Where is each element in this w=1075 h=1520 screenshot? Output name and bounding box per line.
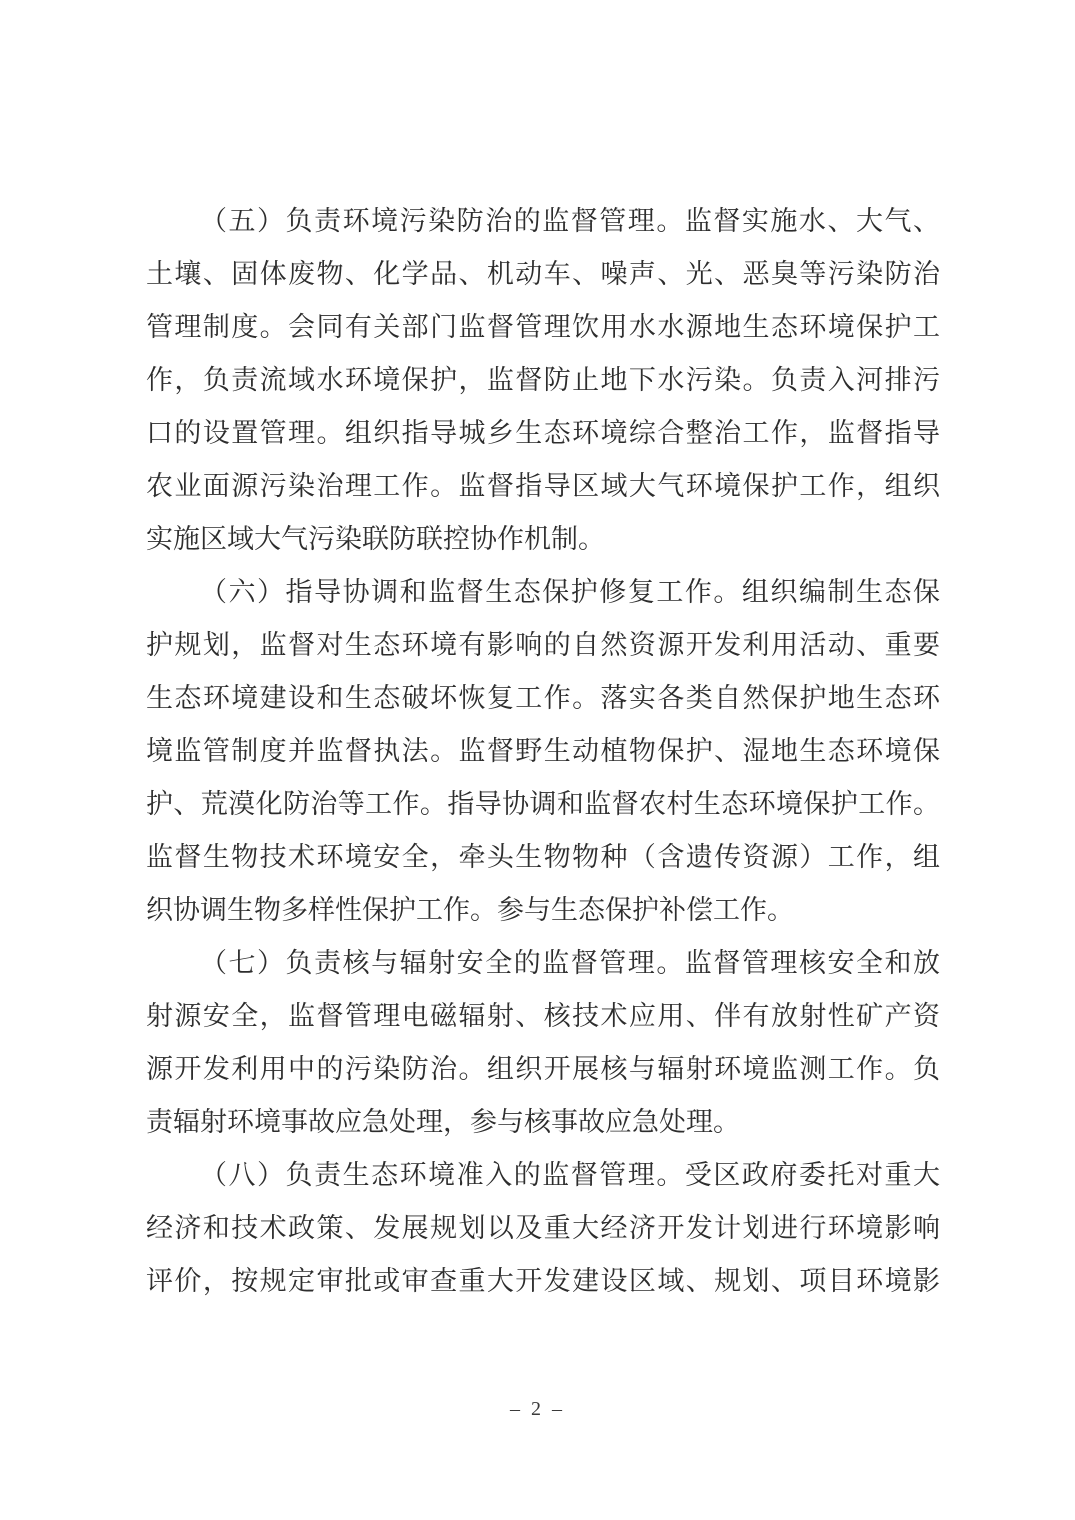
text-line-item-8-1: （八）负责生态环境准入的监督管理。受区政府委托对重大 bbox=[146, 1149, 940, 1202]
text-line-item-8-2: 经济和技术政策、发展规划以及重大经济开发计划进行环境影响 bbox=[146, 1202, 940, 1255]
document-body: （五）负责环境污染防治的监督管理。监督实施水、大气、土壤、固体废物、化学品、机动… bbox=[146, 195, 940, 1308]
text-line-item-6-3: 生态环境建设和生态破坏恢复工作。落实各类自然保护地生态环 bbox=[146, 672, 940, 725]
text-line-item-7-4: 责辐射环境事故应急处理，参与核事故应急处理。 bbox=[146, 1096, 940, 1149]
text-line-item-7-2: 射源安全，监督管理电磁辐射、核技术应用、伴有放射性矿产资 bbox=[146, 990, 940, 1043]
text-line-item-5-3: 管理制度。会同有关部门监督管理饮用水水源地生态环境保护工 bbox=[146, 301, 940, 354]
text-line-item-6-7: 织协调生物多样性保护工作。参与生态保护补偿工作。 bbox=[146, 884, 940, 937]
document-page: （五）负责环境污染防治的监督管理。监督实施水、大气、土壤、固体废物、化学品、机动… bbox=[0, 0, 1075, 1520]
page-number: – 2 – bbox=[0, 1398, 1075, 1421]
text-line-item-7-3: 源开发利用中的污染防治。组织开展核与辐射环境监测工作。负 bbox=[146, 1043, 940, 1096]
text-line-item-8-3: 评价，按规定审批或审查重大开发建设区域、规划、项目环境影 bbox=[146, 1255, 940, 1308]
text-line-item-6-5: 护、荒漠化防治等工作。指导协调和监督农村生态环境保护工作。 bbox=[146, 778, 940, 831]
text-line-item-6-6: 监督生物技术环境安全，牵头生物物种（含遗传资源）工作，组 bbox=[146, 831, 940, 884]
text-line-item-7-1: （七）负责核与辐射安全的监督管理。监督管理核安全和放 bbox=[146, 937, 940, 990]
text-line-item-5-1: （五）负责环境污染防治的监督管理。监督实施水、大气、 bbox=[146, 195, 940, 248]
text-line-item-6-4: 境监管制度并监督执法。监督野生动植物保护、湿地生态环境保 bbox=[146, 725, 940, 778]
text-line-item-5-4: 作，负责流域水环境保护，监督防止地下水污染。负责入河排污 bbox=[146, 354, 940, 407]
text-line-item-6-2: 护规划，监督对生态环境有影响的自然资源开发利用活动、重要 bbox=[146, 619, 940, 672]
text-line-item-5-6: 农业面源污染治理工作。监督指导区域大气环境保护工作，组织 bbox=[146, 460, 940, 513]
text-line-item-5-5: 口的设置管理。组织指导城乡生态环境综合整治工作，监督指导 bbox=[146, 407, 940, 460]
text-line-item-6-1: （六）指导协调和监督生态保护修复工作。组织编制生态保 bbox=[146, 566, 940, 619]
text-line-item-5-2: 土壤、固体废物、化学品、机动车、噪声、光、恶臭等污染防治 bbox=[146, 248, 940, 301]
text-line-item-5-7: 实施区域大气污染联防联控协作机制。 bbox=[146, 513, 940, 566]
